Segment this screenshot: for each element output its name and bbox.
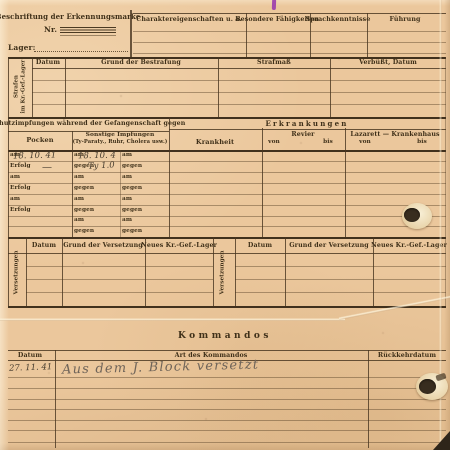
grid-line: [145, 237, 146, 306]
grid-line: [367, 13, 368, 57]
grid-line: [8, 409, 446, 410]
grid-line: [8, 420, 446, 421]
grid-line: [8, 377, 446, 378]
dark-corner: [433, 431, 450, 450]
cell-pre: am: [122, 218, 132, 224]
cell-pre: Erfolg: [10, 208, 31, 214]
transfers-col-header: Datum: [248, 243, 272, 249]
grid-line: [218, 57, 219, 117]
pow-record-card: Beschriftung der Erkennungsmarke Nr. Lag…: [0, 0, 450, 450]
cell-pre: gegen: [74, 186, 94, 192]
punishments-col-header: Verbüßt, Datum: [359, 60, 417, 66]
grid-line: [32, 92, 446, 93]
grid-line: [8, 306, 446, 308]
punch-hole: [419, 379, 436, 394]
cell-pre: am: [10, 197, 20, 203]
grid-line: [8, 237, 446, 239]
grid-line: [8, 172, 446, 173]
cell-pre: gegen: [122, 164, 142, 170]
kommandos-col-header: Datum: [18, 353, 42, 359]
lager-fill-in-line: [34, 44, 128, 52]
grid-line: [330, 57, 331, 117]
transfers-col-header: Neues Kr.-Gef.-Lager: [371, 243, 447, 249]
punishments-col-header: Grund der Bestrafung: [101, 60, 181, 66]
grid-line: [169, 117, 170, 237]
grid-line: [235, 279, 446, 280]
cell-pre: gegen: [122, 186, 142, 192]
grid-line: [8, 194, 446, 195]
grid-line: [32, 68, 446, 69]
cell-pre: am: [74, 175, 84, 181]
kommandos-col-header: Rückkehrdatum: [378, 353, 436, 359]
grid-line: [32, 57, 33, 117]
grid-line: [213, 237, 214, 306]
cell-pre: Erfolg: [10, 164, 31, 170]
nr-label: Nr.: [44, 26, 57, 34]
revier-bis-label: bis: [323, 140, 333, 146]
grid-line: [8, 399, 446, 400]
grid-line: [8, 226, 446, 227]
grid-line: [72, 131, 73, 237]
cell-pre: gegen: [74, 208, 94, 214]
grid-line: [285, 237, 286, 306]
grid-line: [445, 117, 446, 237]
sonstige-header-sub: (Ty-Paraty., Ruhr, Cholera usw.): [73, 140, 168, 145]
grid-line: [8, 442, 446, 443]
grid-line: [169, 129, 446, 130]
transfers-col-header: Grund der Versetzung: [289, 243, 369, 249]
transfers-col-header: Neues Kr.-Gef.-Lager: [141, 243, 217, 249]
grid-line: [65, 57, 66, 117]
sonstige-header: Sonstige Impfungen: [86, 132, 155, 138]
punishments-side-label: Strafen im Kr.-Gef.-Lager: [13, 59, 26, 115]
transfers-col-header: Grund der Versetzung: [63, 243, 143, 249]
cell-pre: Erfolg: [10, 186, 31, 192]
nr-fill-in-lines: [60, 27, 116, 37]
grid-line: [62, 237, 63, 306]
grid-line: [8, 350, 446, 351]
transfers-side-label-left: Versetzungen: [14, 240, 21, 304]
grid-line: [8, 253, 446, 254]
kommando-entry-date: 27. 11. 41: [9, 363, 53, 373]
transfers-side-label-right: Versetzungen: [220, 240, 227, 304]
cell-pre: am: [122, 153, 132, 159]
grid-line: [32, 80, 446, 81]
grid-line: [55, 350, 56, 448]
grid-line: [133, 31, 446, 32]
grid-line: [26, 292, 213, 293]
grid-line: [373, 237, 374, 306]
grid-line: [235, 237, 236, 306]
transfers-col-header: Datum: [32, 243, 56, 249]
cell-pre: gegen: [122, 208, 142, 214]
grid-line: [310, 13, 311, 57]
handwriting-date: 18. 10. 41: [13, 151, 56, 161]
grid-line: [133, 42, 446, 43]
handwriting-dash: —: [42, 163, 52, 173]
grid-line: [8, 388, 446, 389]
grid-line: [8, 237, 9, 306]
cell-pre: am: [74, 197, 84, 203]
grid-line: [8, 161, 446, 162]
fold-crease: [0, 318, 345, 321]
traits-col-header: Charaktereigenschaften u. a.: [136, 17, 242, 23]
grid-line: [8, 57, 9, 117]
grid-line: [120, 150, 121, 237]
cell-pre: gegen: [74, 229, 94, 235]
grid-line: [8, 430, 446, 431]
krankheit-header: Krankheit: [196, 139, 234, 146]
id-block-title: Beschriftung der Erkennungsmarke: [0, 13, 140, 20]
grid-line: [368, 350, 369, 448]
revier-header: Revier: [291, 132, 314, 138]
traits-col-header: Führung: [389, 17, 420, 23]
grid-line: [246, 13, 247, 57]
punch-hole: [404, 208, 420, 222]
grid-line: [235, 292, 446, 293]
cell-pre: am: [74, 218, 84, 224]
pocken-header: Pocken: [26, 137, 53, 144]
grid-line: [8, 183, 446, 184]
grid-line: [133, 13, 446, 14]
grid-line: [26, 279, 213, 280]
grid-line: [133, 53, 446, 54]
lazarett-bis-label: bis: [417, 140, 427, 146]
grid-line: [8, 117, 9, 237]
traits-col-header: Sprachkenntnisse: [306, 17, 371, 23]
cell-pre: am: [122, 197, 132, 203]
punishments-col-header: Strafmaß: [257, 60, 291, 66]
handwriting-date: 18. 10. 4: [78, 151, 116, 160]
cell-pre: am: [122, 175, 132, 181]
grid-line: [235, 266, 446, 267]
vaccinations-title: Schutzimpfungen während der Gefangenscha…: [0, 121, 185, 127]
erkrankungen-title: Erkrankungen: [265, 120, 348, 127]
grid-line: [345, 128, 346, 237]
grid-line: [26, 237, 27, 306]
cell-pre: gegen: [122, 229, 142, 235]
grid-line: [32, 104, 446, 105]
cell-pre: am: [10, 175, 20, 181]
grid-line: [26, 266, 213, 267]
purple-ink-mark: [272, 0, 276, 10]
paper-speckles: [0, 0, 2, 2]
lazarett-von-label: von: [359, 140, 371, 146]
grid-line: [8, 205, 446, 206]
kommandos-title: Kommandos: [178, 332, 272, 341]
handwriting-entry: Ty 1.0: [88, 161, 115, 171]
grid-line: [130, 10, 132, 57]
lager-label: Lager:: [8, 44, 35, 52]
lazarett-header: Lazarett — Krankenhaus: [350, 132, 439, 138]
grid-line: [445, 57, 446, 117]
punishments-col-header: Datum: [36, 60, 60, 66]
revier-von-label: von: [268, 140, 280, 146]
grid-line: [262, 128, 263, 237]
